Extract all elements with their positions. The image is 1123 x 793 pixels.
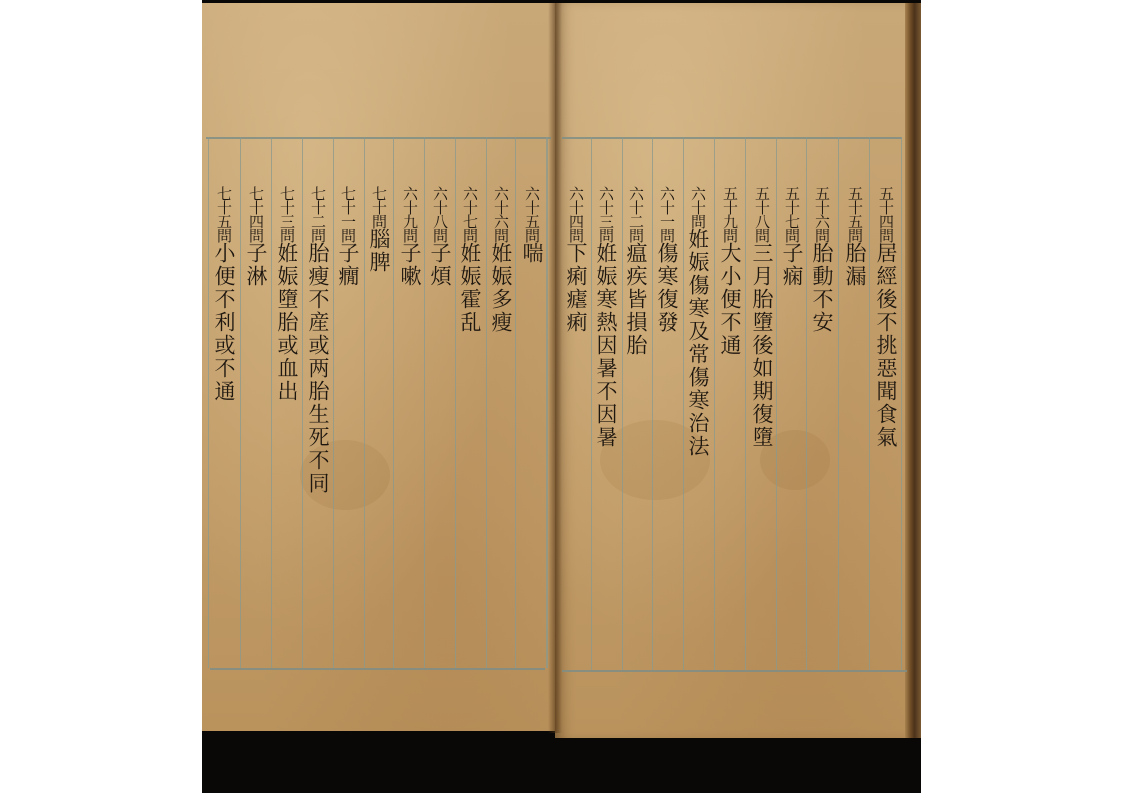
entry-title: 子痫	[780, 242, 804, 288]
toc-entry: 六十九問子嗽	[398, 186, 422, 288]
ruling-bottom-left	[210, 668, 545, 670]
entry-title: 姙娠寒熱因暑不因暑	[594, 242, 618, 449]
ruling-line	[714, 137, 715, 670]
ruling-line	[333, 137, 334, 668]
ruling-line	[424, 137, 425, 668]
entry-title: 子癇	[336, 242, 360, 288]
entry-title: 姙娠傷寒及常傷寒治法	[686, 228, 710, 458]
entry-number: 六十九問	[401, 186, 419, 242]
ruling-line	[302, 137, 303, 668]
entry-title: 大小便不通	[718, 242, 742, 357]
ruling-line	[838, 137, 839, 670]
ruling-line	[393, 137, 394, 668]
toc-entry: 七十二問胎瘦不産或两胎生死不同	[306, 186, 330, 495]
ruling-line	[683, 137, 684, 670]
entry-number: 六十二問	[627, 186, 645, 242]
entry-title: 喘	[520, 242, 544, 265]
entry-number: 五十六問	[813, 186, 831, 242]
entry-number: 六十一問	[658, 186, 676, 242]
entry-title: 子嗽	[398, 242, 422, 288]
entry-title: 三月胎墮後如期復墮	[750, 242, 774, 449]
entry-number: 七十問	[370, 186, 388, 228]
entry-title: 胎漏	[843, 242, 867, 288]
entry-number: 七十四問	[247, 186, 265, 242]
toc-entry: 五十九問大小便不通	[718, 186, 742, 357]
toc-entry: 六十七問姙娠霍乱	[458, 186, 482, 334]
ruling-line	[806, 137, 807, 670]
page-edge-stack	[905, 3, 921, 738]
toc-entry: 七十五問小便不利或不通	[212, 186, 236, 403]
entry-number: 五十七問	[783, 186, 801, 242]
toc-entry: 五十八問三月胎墮後如期復墮	[750, 186, 774, 449]
entry-number: 七十一問	[339, 186, 357, 242]
entry-title: 姙娠霍乱	[458, 242, 482, 334]
entry-number: 六十六問	[492, 186, 510, 242]
ruling-line	[652, 137, 653, 670]
ruling-line	[901, 137, 902, 670]
entry-title: 腦脾	[367, 228, 391, 274]
toc-entry: 五十五問胎漏	[843, 186, 867, 288]
entry-number: 五十九問	[721, 186, 739, 242]
ruling-line	[364, 137, 365, 668]
book-gutter	[548, 3, 562, 733]
entry-number: 五十五問	[846, 186, 864, 242]
ruling-line	[622, 137, 623, 670]
entry-number: 七十三問	[278, 186, 296, 242]
ruling-line	[271, 137, 272, 668]
entry-number: 五十八問	[753, 186, 771, 242]
ruling-top-left	[206, 137, 551, 139]
entry-title: 胎瘦不産或两胎生死不同	[306, 242, 330, 495]
ruling-line	[486, 137, 487, 668]
toc-entry: 六十五問喘	[520, 186, 544, 265]
toc-entry: 七十問腦脾	[367, 186, 391, 274]
entry-number: 七十二問	[309, 186, 327, 242]
ruling-line	[515, 137, 516, 668]
entry-title: 胎動不安	[810, 242, 834, 334]
ruling-bottom-right	[562, 670, 907, 672]
toc-entry: 六十八問子煩	[428, 186, 452, 288]
toc-entry: 六十一問傷寒復發	[655, 186, 679, 334]
ruling-line	[455, 137, 456, 668]
entry-title: 小便不利或不通	[212, 242, 236, 403]
entry-title: 瘟疾皆損胎	[624, 242, 648, 357]
entry-number: 六十五問	[523, 186, 541, 242]
ruling-line	[546, 137, 548, 668]
ruling-line	[208, 137, 209, 668]
entry-title: 姙娠墮胎或血出	[275, 242, 299, 403]
ruling-line	[745, 137, 746, 670]
toc-entry: 五十七問子痫	[780, 186, 804, 288]
entry-title: 姙娠多瘦	[489, 242, 513, 334]
ruling-top-right	[562, 137, 902, 139]
toc-entry: 五十六問胎動不安	[810, 186, 834, 334]
entry-number: 六十問	[689, 186, 707, 228]
ruling-line	[869, 137, 870, 670]
entry-number: 六十八問	[431, 186, 449, 242]
ruling-line	[776, 137, 777, 670]
entry-number: 六十四問	[567, 186, 585, 242]
toc-entry: 六十四問下痢瘧痢	[564, 186, 588, 334]
entry-title: 子煩	[428, 242, 452, 288]
toc-entry: 七十一問子癇	[336, 186, 360, 288]
ruling-line	[591, 137, 592, 670]
entry-number: 六十七問	[461, 186, 479, 242]
left-page	[202, 3, 555, 731]
toc-entry: 六十三問姙娠寒熱因暑不因暑	[594, 186, 618, 449]
entry-title: 下痢瘧痢	[564, 242, 588, 334]
toc-entry: 五十四問居經後不挑惡聞食氣	[874, 186, 898, 449]
toc-entry: 七十三問姙娠墮胎或血出	[275, 186, 299, 403]
ruling-line	[240, 137, 241, 668]
entry-title: 居經後不挑惡聞食氣	[874, 242, 898, 449]
toc-entry: 六十六問姙娠多瘦	[489, 186, 513, 334]
entry-number: 七十五問	[215, 186, 233, 242]
toc-entry: 六十問姙娠傷寒及常傷寒治法	[686, 186, 710, 458]
entry-title: 子淋	[244, 242, 268, 288]
entry-number: 六十三問	[597, 186, 615, 242]
toc-entry: 七十四問子淋	[244, 186, 268, 288]
entry-number: 五十四問	[877, 186, 895, 242]
toc-entry: 六十二問瘟疾皆損胎	[624, 186, 648, 357]
entry-title: 傷寒復發	[655, 242, 679, 334]
